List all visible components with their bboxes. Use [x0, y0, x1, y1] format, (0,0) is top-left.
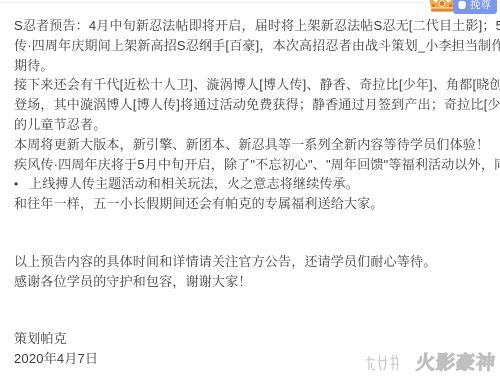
text-line: 上线搏人传主题活动和相关玩法，火之意志将继续传承。 [29, 176, 359, 191]
text-line: 感谢各位学员的守护和包容，谢谢大家！ [14, 272, 496, 292]
text-line: 以上预告内容的具体时间和详情请关注官方公告，还请学员们耐心等待。 [14, 252, 496, 272]
bullet-marker: • [14, 175, 29, 195]
text-line: S忍者预告：4月中旬新忍法帖即将开启，届时将上架新忍法帖S忍无[二代目土影]；5… [14, 16, 496, 36]
text-line: 疾风传·四周年庆将于5月中旬开启，除了"不忘初心"、"周年回馈"等福利活动以外，… [14, 155, 496, 175]
text-line: 本周将更新大版本，新引擎、新团本、新忍具等一系列全新内容等待学员们体验！ [14, 135, 496, 155]
announcement-paragraph: S忍者预告：4月中旬新忍法帖即将开启，届时将上架新忍法帖S忍无[二代目土影]；5… [14, 16, 496, 214]
post-page: 挽尊 S忍者预告：4月中旬新忍法帖即将开启，届时将上架新忍法帖S忍无[二代目土影… [0, 0, 500, 378]
text-line: 和往年一样，五一小长假期间还会有帕克的专属福利送给大家。 [14, 194, 496, 214]
watermark-text: 火影豪神 [415, 348, 496, 375]
text-line: 期待。 [14, 56, 496, 76]
top-divider [0, 2, 500, 3]
wanzun-button[interactable]: 挽尊 [453, 0, 497, 14]
closing-paragraph: 以上预告内容的具体时间和详情请关注官方公告，还请学员们耐心等待。 感谢各位学员的… [14, 252, 496, 292]
text-line: 接下来还会有千代[近松十人卫]、漩涡博人[博人传]、静香、奇拉比[少年]、角都[… [14, 75, 496, 95]
watermark-logo-icon [366, 351, 414, 375]
text-line: 传·四周年庆期间上架新高招S忍纲手[百豪]，本次高招忍者由战斗策划_小李担当制作… [14, 36, 496, 56]
text-line: 的儿童节忍者。 [14, 115, 496, 135]
bulleted-text-line: •上线搏人传主题活动和相关玩法，火之意志将继续传承。 [14, 174, 496, 194]
text-line: 登场，其中漩涡博人[博人传]将通过活动免费获得；静香通过月签到产出；奇拉比[少年… [14, 95, 496, 115]
wanzun-label: 挽尊 [470, 0, 491, 11]
signature-author: 策划帕克 [14, 329, 496, 349]
watermark: 火影豪神 [366, 348, 496, 375]
fist-icon [457, 0, 467, 10]
